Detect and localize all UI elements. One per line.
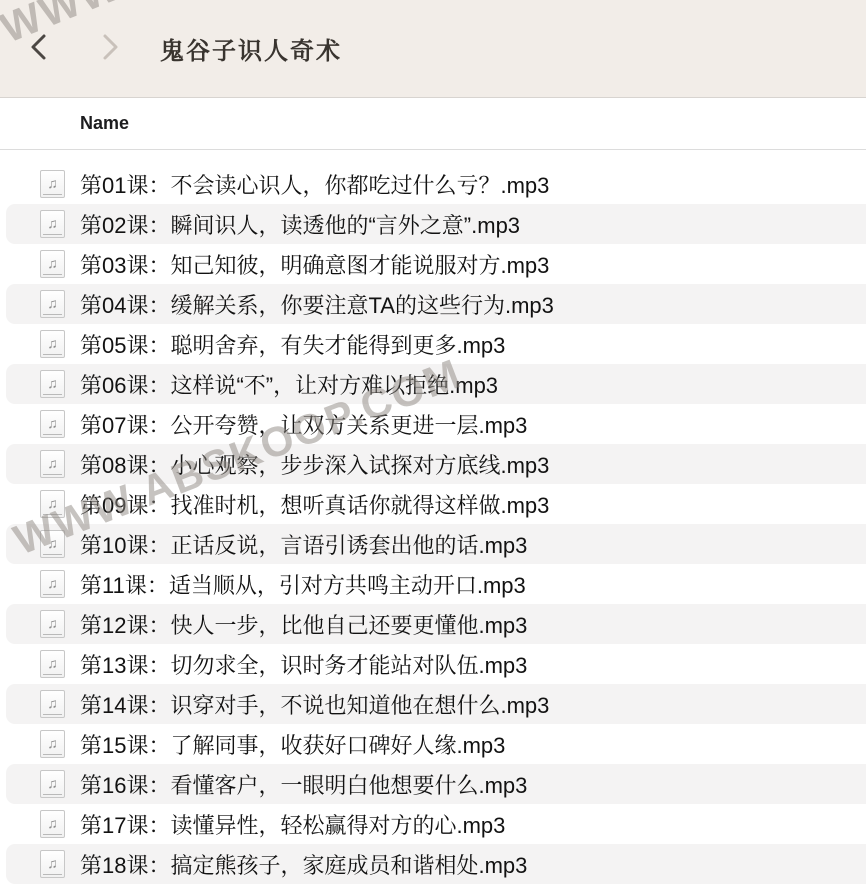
music-note-icon: ♫ <box>47 376 58 390</box>
file-name: 第10课：正话反说，言语引诱套出他的话.mp3 <box>80 529 527 560</box>
page-title: 鬼谷子识人奇术 <box>160 31 342 66</box>
audio-file-icon: ♫ <box>40 250 65 278</box>
audio-file-icon: ♫ <box>40 290 65 318</box>
file-list: ♫ 第01课：不会读心识人，你都吃过什么亏？.mp3 ♫ 第02课：瞬间识人，读… <box>0 150 866 884</box>
audio-file-icon: ♫ <box>40 450 65 478</box>
audio-file-icon: ♫ <box>40 690 65 718</box>
audio-file-icon: ♫ <box>40 530 65 558</box>
table-row[interactable]: ♫ 第15课：了解同事，收获好口碑好人缘.mp3 <box>0 724 866 764</box>
file-name: 第12课：快人一步，比他自己还要更懂他.mp3 <box>80 609 527 640</box>
table-row[interactable]: ♫ 第06课：这样说“不”，让对方难以拒绝.mp3 <box>6 364 866 404</box>
music-note-icon: ♫ <box>47 576 58 590</box>
table-row[interactable]: ♫ 第16课：看懂客户，一眼明白他想要什么.mp3 <box>6 764 866 804</box>
chevron-right-icon <box>102 33 119 64</box>
music-note-icon: ♫ <box>47 616 58 630</box>
table-row[interactable]: ♫ 第12课：快人一步，比他自己还要更懂他.mp3 <box>6 604 866 644</box>
table-row[interactable]: ♫ 第18课：搞定熊孩子，家庭成员和谐相处.mp3 <box>6 844 866 884</box>
table-row[interactable]: ♫ 第11课：适当顺从，引对方共鸣主动开口.mp3 <box>0 564 866 604</box>
audio-file-icon: ♫ <box>40 610 65 638</box>
forward-button[interactable] <box>96 32 124 66</box>
music-note-icon: ♫ <box>47 696 58 710</box>
table-row[interactable]: ♫ 第10课：正话反说，言语引诱套出他的话.mp3 <box>6 524 866 564</box>
file-name: 第18课：搞定熊孩子，家庭成员和谐相处.mp3 <box>80 849 527 880</box>
table-row[interactable]: ♫ 第17课：读懂异性，轻松赢得对方的心.mp3 <box>0 804 866 844</box>
table-row[interactable]: ♫ 第13课：切勿求全，识时务才能站对队伍.mp3 <box>0 644 866 684</box>
music-note-icon: ♫ <box>47 816 58 830</box>
file-name: 第14课：识穿对手，不说也知道他在想什么.mp3 <box>80 689 549 720</box>
file-name: 第03课：知己知彼，明确意图才能说服对方.mp3 <box>80 249 549 280</box>
table-row[interactable]: ♫ 第04课：缓解关系，你要注意TA的这些行为.mp3 <box>6 284 866 324</box>
table-row[interactable]: ♫ 第02课：瞬间识人，读透他的“言外之意”.mp3 <box>6 204 866 244</box>
file-name: 第15课：了解同事，收获好口碑好人缘.mp3 <box>80 729 505 760</box>
audio-file-icon: ♫ <box>40 730 65 758</box>
column-header-name[interactable]: Name <box>80 113 129 134</box>
audio-file-icon: ♫ <box>40 210 65 238</box>
file-name: 第08课：小心观察，步步深入试探对方底线.mp3 <box>80 449 549 480</box>
music-note-icon: ♫ <box>47 656 58 670</box>
music-note-icon: ♫ <box>47 736 58 750</box>
file-name: 第13课：切勿求全，识时务才能站对队伍.mp3 <box>80 649 527 680</box>
file-name: 第02课：瞬间识人，读透他的“言外之意”.mp3 <box>80 209 520 240</box>
music-note-icon: ♫ <box>47 536 58 550</box>
audio-file-icon: ♫ <box>40 810 65 838</box>
table-row[interactable]: ♫ 第07课：公开夸赞，让双方关系更进一层.mp3 <box>0 404 866 444</box>
audio-file-icon: ♫ <box>40 770 65 798</box>
back-button[interactable] <box>24 32 52 66</box>
music-note-icon: ♫ <box>47 176 58 190</box>
music-note-icon: ♫ <box>47 416 58 430</box>
table-row[interactable]: ♫ 第08课：小心观察，步步深入试探对方底线.mp3 <box>6 444 866 484</box>
audio-file-icon: ♫ <box>40 170 65 198</box>
title-bar: 鬼谷子识人奇术 <box>0 0 866 98</box>
file-name: 第09课：找准时机，想听真话你就得这样做.mp3 <box>80 489 549 520</box>
music-note-icon: ♫ <box>47 776 58 790</box>
audio-file-icon: ♫ <box>40 370 65 398</box>
audio-file-icon: ♫ <box>40 650 65 678</box>
music-note-icon: ♫ <box>47 296 58 310</box>
file-name: 第01课：不会读心识人，你都吃过什么亏？.mp3 <box>80 169 549 200</box>
file-name: 第07课：公开夸赞，让双方关系更进一层.mp3 <box>80 409 527 440</box>
music-note-icon: ♫ <box>47 456 58 470</box>
file-name: 第05课：聪明舍弃，有失才能得到更多.mp3 <box>80 329 505 360</box>
music-note-icon: ♫ <box>47 256 58 270</box>
table-row[interactable]: ♫ 第03课：知己知彼，明确意图才能说服对方.mp3 <box>0 244 866 284</box>
music-note-icon: ♫ <box>47 216 58 230</box>
table-row[interactable]: ♫ 第05课：聪明舍弃，有失才能得到更多.mp3 <box>0 324 866 364</box>
audio-file-icon: ♫ <box>40 570 65 598</box>
chevron-left-icon <box>30 33 47 64</box>
table-row[interactable]: ♫ 第14课：识穿对手，不说也知道他在想什么.mp3 <box>6 684 866 724</box>
file-name: 第04课：缓解关系，你要注意TA的这些行为.mp3 <box>80 289 554 320</box>
audio-file-icon: ♫ <box>40 330 65 358</box>
file-name: 第11课：适当顺从，引对方共鸣主动开口.mp3 <box>80 569 526 600</box>
table-row[interactable]: ♫ 第09课：找准时机，想听真话你就得这样做.mp3 <box>0 484 866 524</box>
music-note-icon: ♫ <box>47 336 58 350</box>
column-header-row: Name <box>0 98 866 150</box>
file-name: 第17课：读懂异性，轻松赢得对方的心.mp3 <box>80 809 505 840</box>
audio-file-icon: ♫ <box>40 490 65 518</box>
audio-file-icon: ♫ <box>40 410 65 438</box>
file-name: 第16课：看懂客户，一眼明白他想要什么.mp3 <box>80 769 527 800</box>
table-row[interactable]: ♫ 第01课：不会读心识人，你都吃过什么亏？.mp3 <box>0 164 866 204</box>
music-note-icon: ♫ <box>47 856 58 870</box>
music-note-icon: ♫ <box>47 496 58 510</box>
audio-file-icon: ♫ <box>40 850 65 878</box>
file-name: 第06课：这样说“不”，让对方难以拒绝.mp3 <box>80 369 498 400</box>
